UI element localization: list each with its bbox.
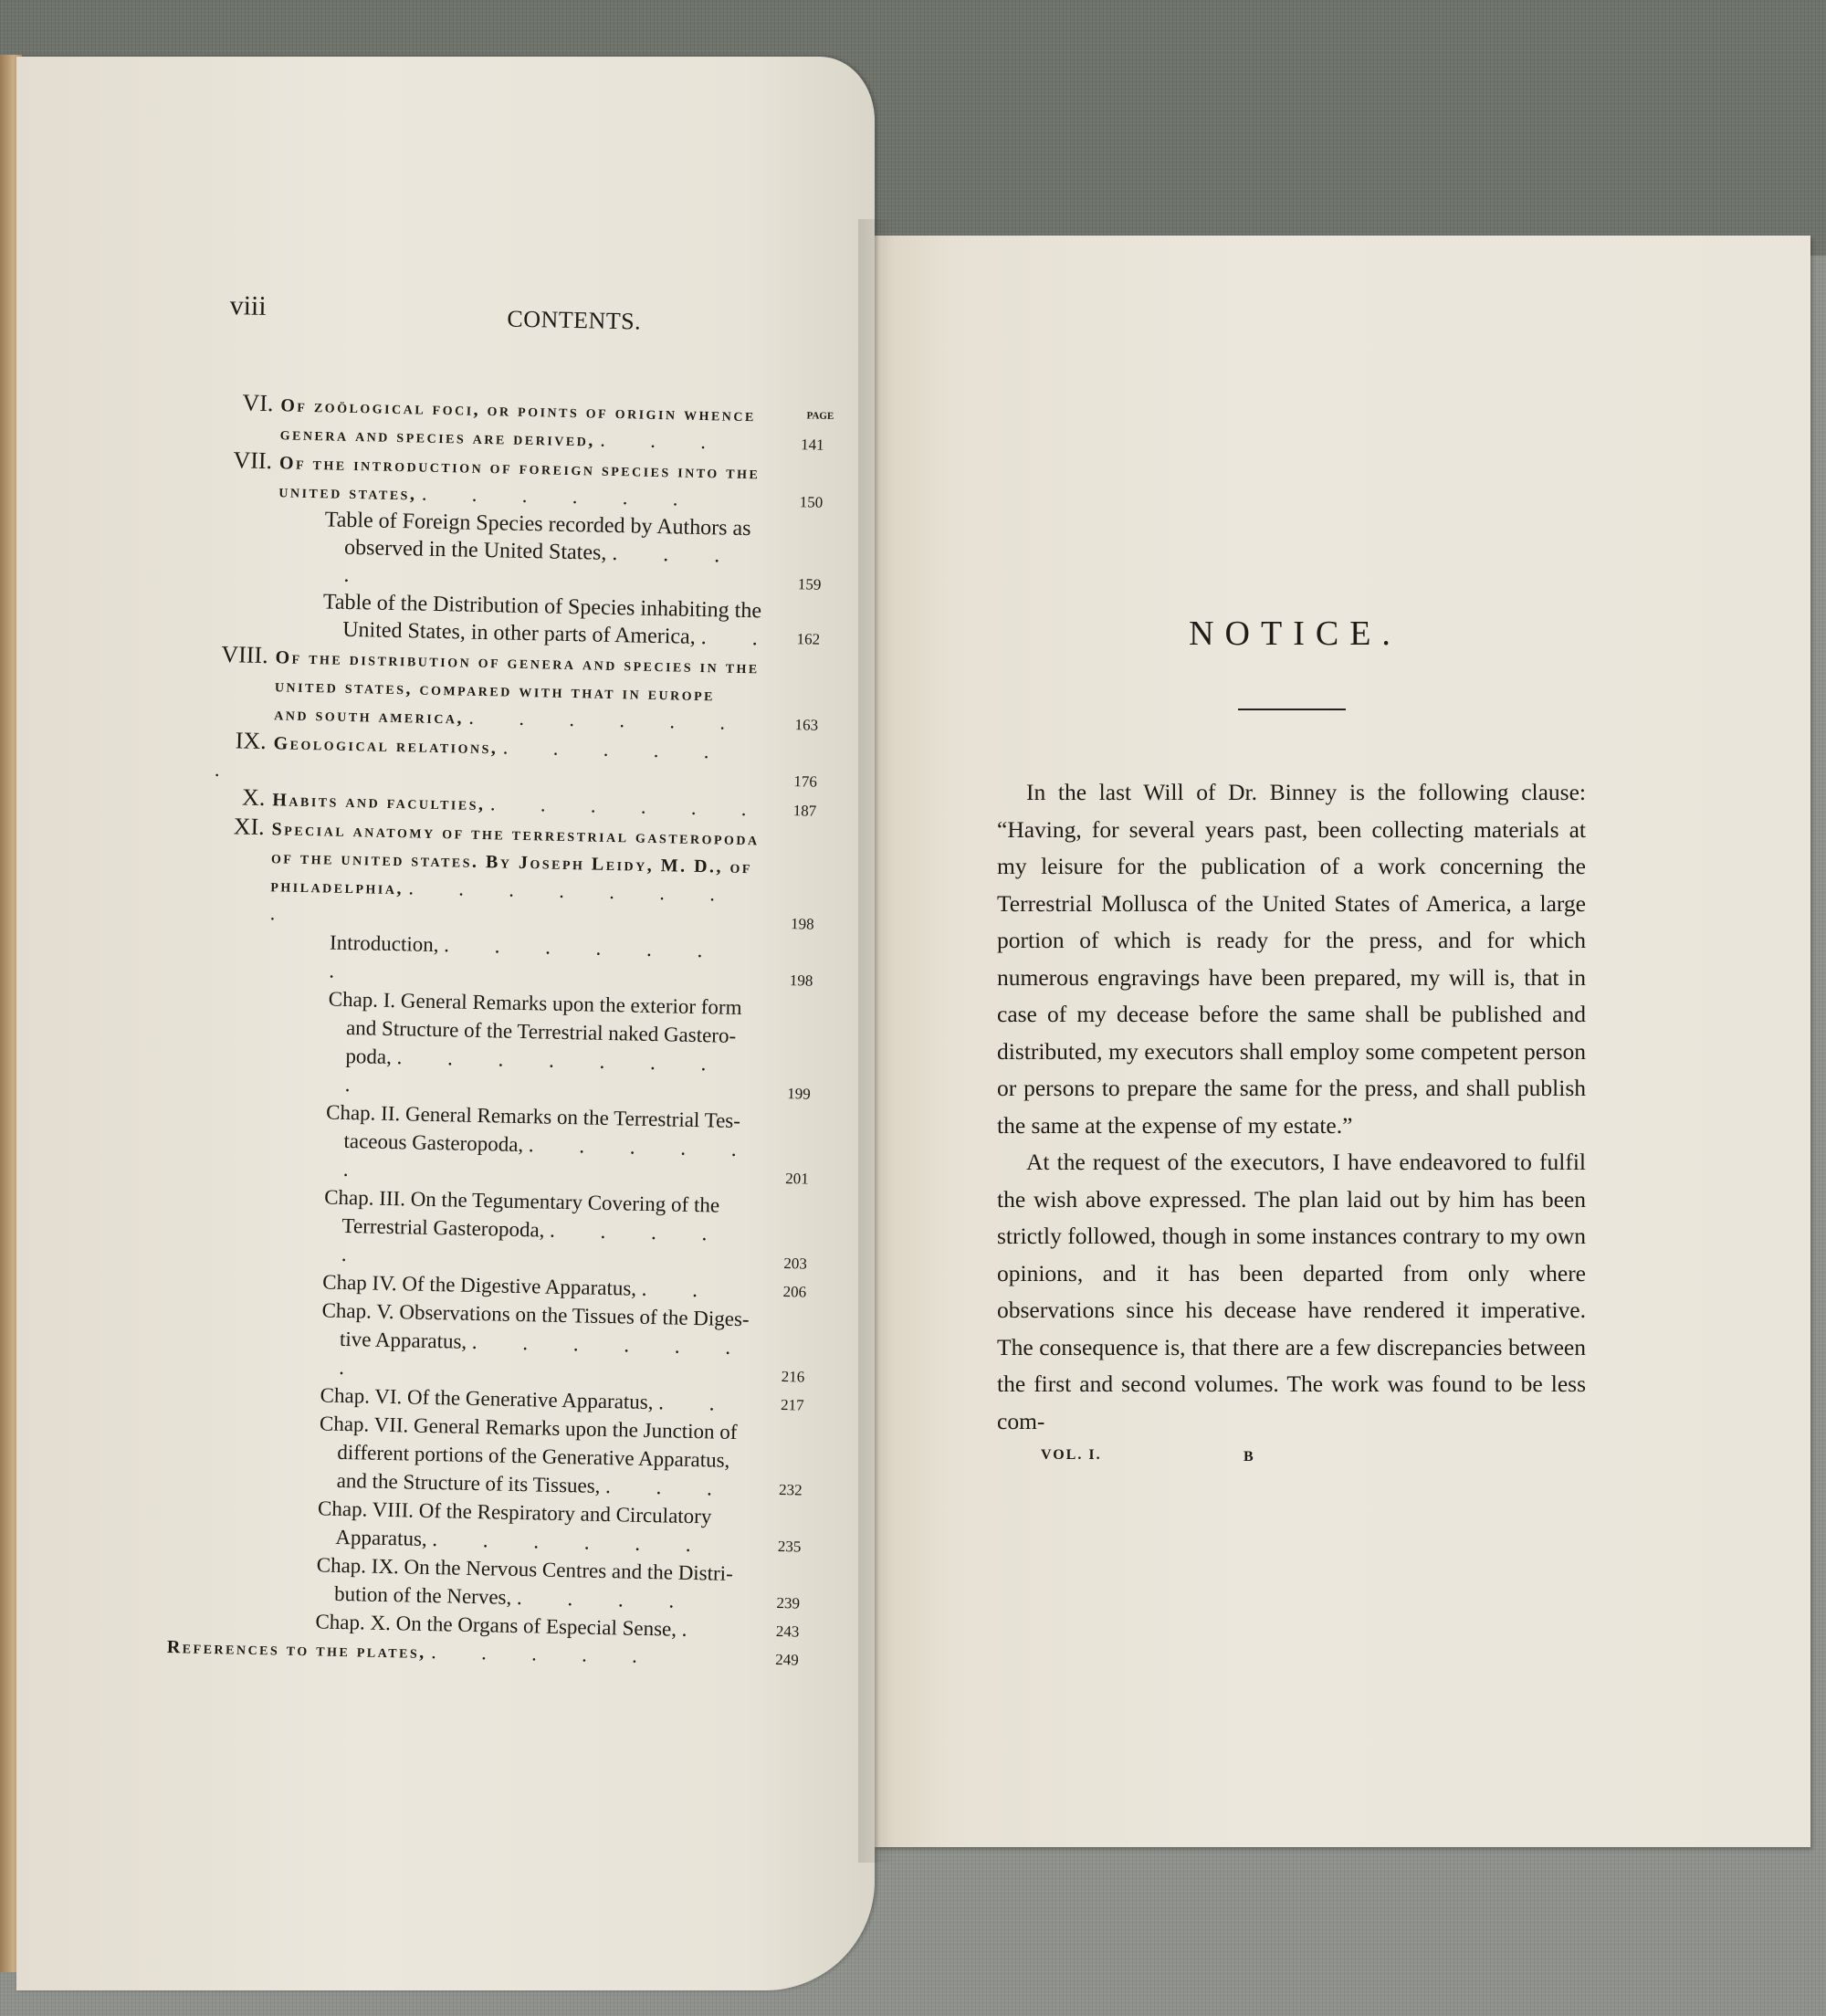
toc-entry-chap-7: Chap. VII. General Remarks upon the Junc… bbox=[199, 1407, 803, 1505]
entry-line: Apparatus, bbox=[335, 1526, 427, 1550]
page-folio: viii bbox=[229, 290, 267, 322]
notice-title: NOTICE. bbox=[1004, 614, 1586, 654]
toc-entry-chap-5: Chap. V. Observations on the Tissues of … bbox=[202, 1294, 806, 1391]
toc-entry-foreign-species-table: Table of Foreign Species recorded by Aut… bbox=[218, 504, 823, 599]
contents-title: CONTENTS. bbox=[507, 305, 641, 335]
toc-entry-chap-2: Chap. II. General Remarks on the Terrest… bbox=[206, 1096, 811, 1193]
entry-number: VII. bbox=[221, 446, 273, 475]
toc-entry-chap-3: Chap. III. On the Tegumentary Covering o… bbox=[205, 1181, 809, 1278]
entry-page: 198 bbox=[791, 910, 814, 939]
entry-page: 162 bbox=[796, 625, 820, 654]
entry-number: X. bbox=[214, 783, 266, 812]
entry-page: 206 bbox=[782, 1277, 806, 1307]
entry-number: XI. bbox=[213, 813, 265, 841]
entry-page: 203 bbox=[783, 1249, 807, 1278]
signature-line: VOL. I. B bbox=[997, 1447, 1586, 1475]
entry-page: 243 bbox=[776, 1617, 800, 1646]
entry-page: 201 bbox=[785, 1164, 809, 1193]
entry-page: 176 bbox=[793, 768, 817, 796]
entry-page: 141 bbox=[801, 431, 824, 459]
entry-number: VI. bbox=[222, 389, 274, 417]
entry-number: VIII. bbox=[216, 641, 268, 669]
entry-page: 159 bbox=[798, 571, 822, 599]
entry-line: and south america, bbox=[274, 704, 464, 728]
gutter-shadow bbox=[858, 219, 895, 1863]
notice-body: In the last Will of Dr. Binney is the fo… bbox=[997, 774, 1586, 1440]
entry-line: united states, bbox=[278, 481, 417, 504]
toc-entry-xi: XI.Special anatomy of the terrestrial ga… bbox=[211, 813, 815, 939]
entry-line: References to the plates, bbox=[167, 1637, 426, 1663]
entry-page: 216 bbox=[781, 1362, 804, 1391]
entry-line: Terrestrial Gasteropoda, bbox=[341, 1214, 544, 1242]
entry-line: observed in the United States, bbox=[344, 536, 607, 565]
volume-label: VOL. I. bbox=[1041, 1447, 1102, 1464]
entry-page: 235 bbox=[778, 1532, 802, 1561]
toc-entry-chap-1: Chap. I. General Remarks upon the exteri… bbox=[208, 982, 813, 1108]
entry-line: taceous Gasteropoda, bbox=[343, 1129, 523, 1156]
entry-line: and the Structure of its Tissues, bbox=[336, 1469, 600, 1497]
entry-line: Geological relations, bbox=[273, 733, 498, 758]
entry-page: 232 bbox=[779, 1475, 803, 1505]
entry-line: philadelphia, bbox=[270, 876, 404, 898]
title-rule bbox=[1238, 709, 1346, 710]
entry-line: Introduction, bbox=[330, 931, 439, 956]
entry-page: 198 bbox=[789, 966, 813, 995]
contents-page: viii CONTENTS. PAGE VI.Of zoölogical foc… bbox=[196, 290, 827, 1674]
entry-page: 163 bbox=[794, 711, 818, 740]
entry-page: 217 bbox=[781, 1391, 804, 1420]
entry-page: 239 bbox=[776, 1589, 800, 1618]
entry-line: bution of the Nerves, bbox=[334, 1582, 512, 1609]
entry-line: Chap. VI. Of the Generative Apparatus, bbox=[320, 1383, 653, 1413]
entry-page: 187 bbox=[792, 797, 816, 825]
entry-line: Habits and faculties, bbox=[272, 790, 486, 814]
entry-page: 150 bbox=[799, 488, 823, 517]
notice-paragraph-2: At the request of the executors, I have … bbox=[997, 1144, 1586, 1440]
entry-line: poda, bbox=[345, 1045, 392, 1068]
entry-page: 199 bbox=[787, 1079, 811, 1108]
contents-list: VI.Of zoölogical foci, or points of orig… bbox=[196, 389, 825, 1675]
entry-line: tive Apparatus, bbox=[340, 1328, 467, 1353]
toc-entry-viii: VIII.Of the distribution of genera and s… bbox=[215, 641, 820, 740]
signature-mark: B bbox=[1244, 1449, 1255, 1465]
notice-page: NOTICE. In the last Will of Dr. Binney i… bbox=[997, 614, 1586, 1475]
entry-page: 249 bbox=[775, 1646, 799, 1675]
entry-line: genera and species are derived, bbox=[279, 424, 595, 450]
entry-line: Chap IV. Of the Digestive Apparatus, bbox=[322, 1270, 636, 1299]
notice-paragraph-1: In the last Will of Dr. Binney is the fo… bbox=[997, 774, 1586, 1144]
entry-number: IX. bbox=[215, 727, 267, 755]
